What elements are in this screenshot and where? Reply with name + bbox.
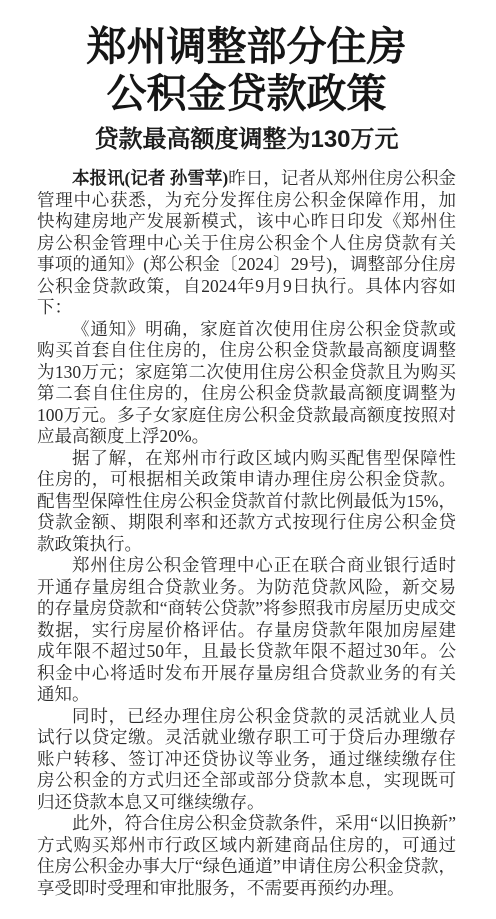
article-body: 本报讯(记者 孙雪苹)昨日，记者从郑州住房公积金管理中心获悉，为充分发挥住房公积…: [37, 168, 456, 899]
paragraph: 同时，已经办理住房公积金贷款的灵活就业人员试行以贷定缴。灵活就业缴存职工可于贷后…: [37, 706, 456, 814]
article-title-line-1: 郑州调整部分住房: [37, 24, 456, 71]
paragraph-lead: 本报讯(记者 孙雪苹)昨日，记者从郑州住房公积金管理中心获悉，为充分发挥住房公积…: [37, 168, 456, 319]
article-subtitle: 贷款最高额度调整为130万元: [37, 126, 456, 154]
paragraph: 《通知》明确，家庭首次使用住房公积金贷款或购买首套自住住房的，住房公积金贷款最高…: [37, 319, 456, 448]
paragraph: 此外，符合住房公积金贷款条件，采用“以旧换新”方式购买郑州市行政区域内新建商品住…: [37, 813, 456, 899]
article-title-line-2: 公积金贷款政策: [37, 71, 456, 118]
article-title: 郑州调整部分住房 公积金贷款政策: [37, 24, 456, 118]
paragraph: 据了解，在郑州市行政区域内购买配售型保障性住房的，可根据相关政策申请办理住房公积…: [37, 448, 456, 556]
paragraph: 郑州住房公积金管理中心正在联合商业银行适时开通存量房组合贷款业务。为防范贷款风险…: [37, 555, 456, 706]
lead-text: 昨日，记者从郑州住房公积金管理中心获悉，为充分发挥住房公积金保障作用，加快构建房…: [37, 168, 456, 317]
newspaper-article-page: 郑州调整部分住房 公积金贷款政策 贷款最高额度调整为130万元 本报讯(记者 孙…: [0, 0, 496, 919]
byline: 本报讯(记者 孙雪苹): [72, 168, 228, 188]
